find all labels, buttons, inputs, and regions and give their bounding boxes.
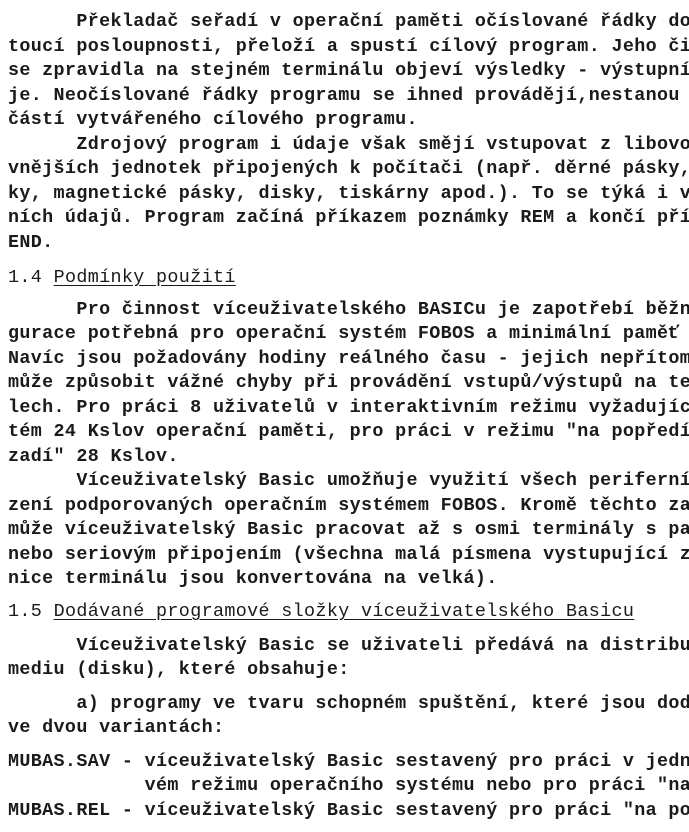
- variant-mubas-sav-line: vém režimu operačního systému nebo pro p…: [8, 774, 689, 798]
- paragraph-1-line: toucí posloupnosti, přeloží a spustí cíl…: [8, 35, 689, 59]
- paragraph-1-line: Překladač seřadí v operační paměti očísl…: [8, 10, 689, 34]
- section-number: 1.5: [8, 601, 42, 622]
- variant-mubas-rel-line: MUBAS.REL - víceuživatelský Basic sestav…: [8, 799, 689, 823]
- paragraph-5-line: Víceuživatelský Basic se uživateli předá…: [8, 634, 689, 658]
- section-title: Dodávané programové složky víceuživatels…: [54, 601, 635, 622]
- paragraph-3-line: zadí" 28 Kslov.: [8, 445, 179, 469]
- section-heading-1-5: 1.5 Dodávané programové složky víceuživa…: [8, 600, 634, 624]
- paragraph-4-line: může víceuživatelský Basic pracovat až s…: [8, 518, 689, 542]
- paragraph-2-line: END.: [8, 231, 54, 255]
- paragraph-1-line: se zpravidla na stejném terminálu objeví…: [8, 59, 689, 83]
- paragraph-1-line: částí vytvářeného cílového programu.: [8, 108, 418, 132]
- paragraph-6-line: a) programy ve tvaru schopném spuštění, …: [8, 692, 689, 716]
- paragraph-3-line: gurace potřebná pro operační systém FOBO…: [8, 322, 689, 346]
- paragraph-4-line: nebo seriovým připojením (všechna malá p…: [8, 543, 689, 567]
- section-title: Podmínky použití: [54, 267, 236, 288]
- paragraph-3-line: lech. Pro práci 8 uživatelů v interaktiv…: [8, 396, 689, 420]
- section-heading-1-4: 1.4 Podmínky použití: [8, 266, 236, 290]
- paragraph-2-line: vnějších jednotek připojených k počítači…: [8, 157, 689, 181]
- typewritten-document-page: Překladač seřadí v operační paměti očísl…: [0, 0, 689, 832]
- paragraph-4-line: zení podporovaných operačním systémem FO…: [8, 494, 689, 518]
- paragraph-5-line: mediu (disku), které obsahuje:: [8, 658, 350, 682]
- paragraph-1-line: je. Neočíslované řádky programu se ihned…: [8, 84, 689, 108]
- paragraph-3-line: Navíc jsou požadovány hodiny reálného ča…: [8, 347, 689, 371]
- paragraph-2-line: ky, magnetické pásky, disky, tiskárny ap…: [8, 182, 689, 206]
- variant-mubas-sav-line: MUBAS.SAV - víceuživatelský Basic sestav…: [8, 750, 689, 774]
- section-number: 1.4: [8, 267, 42, 288]
- paragraph-2-line: Zdrojový program i údaje však smějí vstu…: [8, 133, 689, 157]
- paragraph-4-line: nice terminálu jsou konvertována na velk…: [8, 567, 498, 591]
- paragraph-3-line: může způsobit vážné chyby při provádění …: [8, 371, 689, 395]
- paragraph-2-line: ních údajů. Program začíná příkazem pozn…: [8, 206, 689, 230]
- paragraph-6-line: ve dvou variantách:: [8, 716, 224, 740]
- paragraph-3-line: tém 24 Kslov operační paměti, pro práci …: [8, 420, 689, 444]
- paragraph-4-line: Víceuživatelský Basic umožňuje využití v…: [8, 469, 689, 493]
- paragraph-3-line: Pro činnost víceuživatelského BASICu je …: [8, 298, 689, 322]
